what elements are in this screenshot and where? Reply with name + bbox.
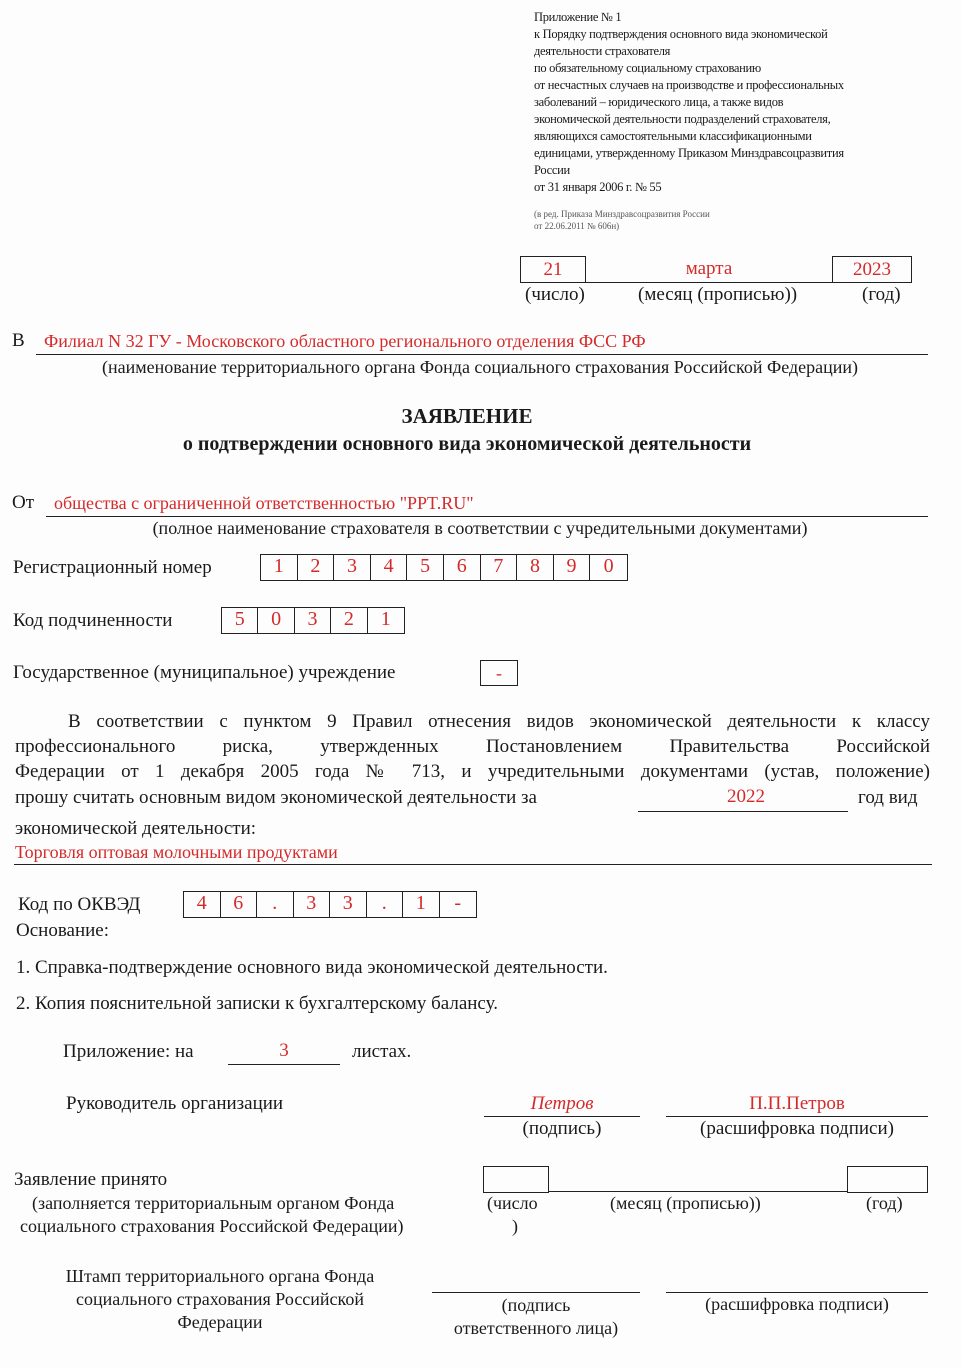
- note-line: (в ред. Приказа Минздравсоцразвития Росс…: [534, 208, 710, 220]
- activity-field[interactable]: Торговля оптовая молочными продуктами: [15, 842, 338, 863]
- appendix-line: заболеваний – юридического лица, а также…: [534, 94, 844, 111]
- stamp-label: Штамп территориального органа Фонда соци…: [20, 1265, 420, 1334]
- appendix-note: (в ред. Приказа Минздравсоцразвития Росс…: [534, 208, 710, 232]
- head-name-field[interactable]: П.П.Петров: [666, 1093, 928, 1115]
- accepted-day-caption: (число: [487, 1193, 538, 1214]
- basis-item-2: 2. Копия пояснительной записки к бухгалт…: [16, 993, 498, 1015]
- digit-cell[interactable]: .: [257, 892, 294, 917]
- stamp-signature-caption: (подпись ответственного лица): [432, 1294, 640, 1340]
- recipient-caption: (наименование территориального органа Фо…: [20, 357, 940, 378]
- accepted-day-field[interactable]: [483, 1166, 549, 1193]
- digit-cell[interactable]: 3: [334, 555, 371, 580]
- body-line-4-end: год вид: [858, 787, 918, 809]
- body-line-3: Федерации от 1 декабря 2005 года № 713, …: [15, 761, 930, 783]
- head-label: Руководитель организации: [66, 1093, 283, 1115]
- digit-cell[interactable]: 1: [261, 555, 298, 580]
- date-year-field[interactable]: 2023: [832, 256, 912, 283]
- appendix-line: Приложение № 1: [534, 9, 844, 26]
- digit-cell[interactable]: 6: [444, 555, 481, 580]
- digit-cell[interactable]: 5: [407, 555, 444, 580]
- date-day-caption: (число): [525, 284, 585, 306]
- stamp-signature-field[interactable]: [432, 1270, 640, 1293]
- digit-cell[interactable]: .: [367, 892, 404, 917]
- appendix-line: являющихся самостоятельными классификаци…: [534, 128, 844, 145]
- sub-code-label: Код подчиненности: [13, 610, 172, 632]
- sub-code-cells[interactable]: 50321: [221, 607, 405, 634]
- document-title: ЗАЯВЛЕНИЕ: [0, 404, 934, 429]
- digit-cell[interactable]: 3: [330, 892, 367, 917]
- basis-label: Основание:: [16, 920, 109, 942]
- from-prefix: От: [12, 492, 34, 514]
- date-month-caption: (месяц (прописью)): [638, 284, 797, 306]
- digit-cell[interactable]: 1: [368, 608, 404, 633]
- accepted-month-field[interactable]: [549, 1166, 847, 1192]
- stamp-name-caption: (расшифровка подписи): [666, 1294, 928, 1315]
- body-line-2: профессионального риска, утвержденных По…: [15, 736, 930, 758]
- head-signature-caption: (подпись): [484, 1118, 640, 1140]
- appendix-line: от 31 января 2006 г. № 55: [534, 179, 844, 196]
- from-caption: (полное наименование страхователя в соот…: [20, 518, 940, 539]
- digit-cell[interactable]: 4: [371, 555, 408, 580]
- body-line-5: экономической деятельности:: [15, 818, 256, 840]
- head-name-caption: (расшифровка подписи): [666, 1118, 928, 1140]
- digit-cell[interactable]: 3: [295, 608, 331, 633]
- digit-cell[interactable]: 5: [222, 608, 258, 633]
- note-line: от 22.06.2011 № 606н): [534, 220, 710, 232]
- okved-label: Код по ОКВЭД: [18, 894, 141, 916]
- appendix-line: деятельности страхователя: [534, 43, 844, 60]
- appendix-line: России: [534, 162, 844, 179]
- recipient-field[interactable]: Филиал N 32 ГУ - Московского областного …: [44, 331, 646, 352]
- attachment-label: Приложение: на: [63, 1041, 194, 1063]
- accepted-label: Заявление принято: [14, 1169, 167, 1191]
- stamp-name-field[interactable]: [666, 1270, 928, 1293]
- appendix-line: по обязательному социальному страхованию: [534, 60, 844, 77]
- digit-cell[interactable]: -: [440, 892, 477, 917]
- document-subtitle: о подтверждении основного вида экономиче…: [0, 433, 934, 456]
- state-institution-label: Государственное (муниципальное) учрежден…: [13, 662, 396, 684]
- appendix-header: Приложение № 1к Порядку подтверждения ос…: [534, 9, 844, 196]
- accepted-year-caption: (год): [866, 1193, 903, 1214]
- digit-cell[interactable]: 6: [221, 892, 258, 917]
- from-field[interactable]: общества с ограниченной ответственностью…: [54, 493, 474, 514]
- body-line-4: прошу считать основным видом экономическ…: [15, 787, 537, 809]
- appendix-line: от несчастных случаев на производстве и …: [534, 77, 844, 94]
- digit-cell[interactable]: 8: [517, 555, 554, 580]
- accepted-month-caption: (месяц (прописью)): [610, 1193, 761, 1214]
- digit-cell[interactable]: 1: [403, 892, 440, 917]
- recipient-prefix: В: [12, 330, 25, 352]
- digit-cell[interactable]: 0: [258, 608, 294, 633]
- digit-cell[interactable]: 7: [481, 555, 518, 580]
- accepted-year-field[interactable]: [847, 1166, 928, 1193]
- date-day-field[interactable]: 21: [520, 256, 586, 283]
- head-signature-field[interactable]: Петров: [484, 1093, 640, 1115]
- date-year-caption: (год): [862, 284, 901, 306]
- state-institution-field[interactable]: -: [480, 660, 518, 686]
- attachment-sheets-field[interactable]: 3: [228, 1040, 340, 1062]
- body-line-1: В соответствии с пунктом 9 Правил отнесе…: [68, 711, 930, 733]
- digit-cell[interactable]: 2: [298, 555, 335, 580]
- digit-cell[interactable]: 9: [554, 555, 591, 580]
- period-year-field[interactable]: 2022: [638, 786, 854, 808]
- appendix-line: экономической деятельности подразделений…: [534, 111, 844, 128]
- appendix-line: единицами, утвержденному Приказом Минздр…: [534, 145, 844, 162]
- digit-cell[interactable]: 3: [294, 892, 331, 917]
- digit-cell[interactable]: 2: [331, 608, 367, 633]
- accepted-note-1: (заполняется территориальным органом Фон…: [32, 1193, 394, 1214]
- digit-cell[interactable]: 4: [184, 892, 221, 917]
- appendix-line: к Порядку подтверждения основного вида э…: [534, 26, 844, 43]
- reg-number-label: Регистрационный номер: [13, 557, 212, 579]
- date-month-field[interactable]: марта: [586, 258, 832, 280]
- basis-item-1: 1. Справка-подтверждение основного вида …: [16, 957, 608, 979]
- reg-number-cells[interactable]: 1234567890: [260, 554, 628, 581]
- accepted-day-caption-end: ): [512, 1216, 518, 1237]
- attachment-suffix: листах.: [352, 1041, 411, 1063]
- okved-cells[interactable]: 46.33.1-: [183, 891, 477, 918]
- digit-cell[interactable]: 0: [590, 555, 627, 580]
- accepted-note-2: социального страхования Российской Федер…: [20, 1216, 404, 1237]
